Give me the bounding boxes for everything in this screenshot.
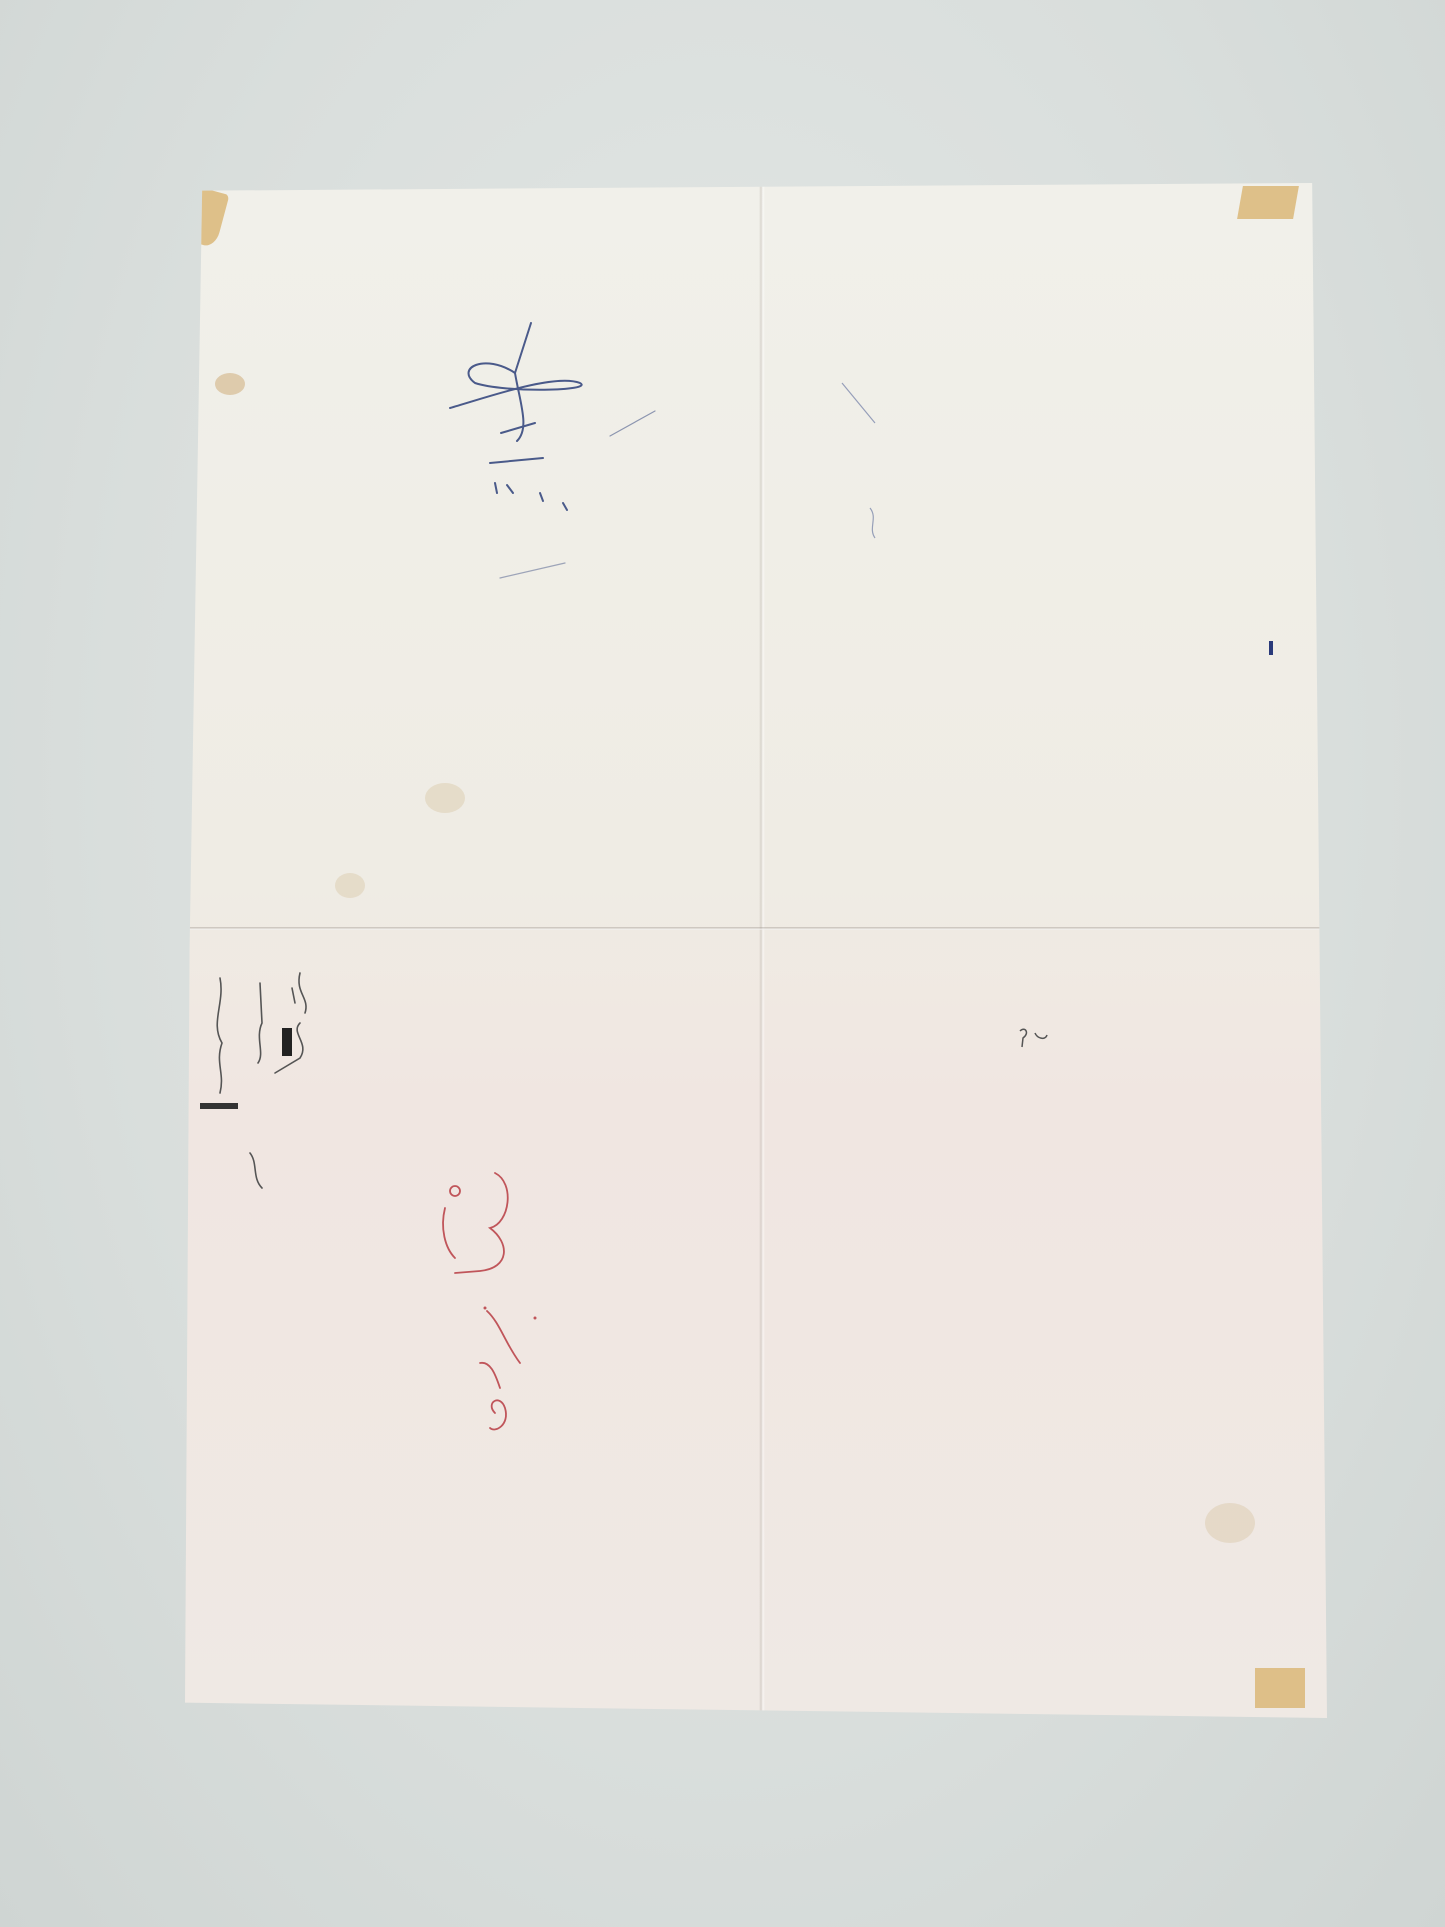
horizontal-fold-line (185, 927, 1327, 930)
stain (425, 783, 465, 813)
red-note-ink: Red ink handwritten word (425, 1163, 545, 1423)
blue-stroke (840, 383, 880, 583)
tape-top-right (1237, 186, 1299, 219)
signature-ink: Blue ink signature with short note and n… (445, 313, 705, 533)
stain (215, 373, 245, 395)
paper-sheet: Blue ink signature with short note and n… (185, 183, 1327, 1718)
blue-dot (1267, 641, 1275, 655)
tape-top-left (177, 185, 230, 248)
tape-bottom-right (1255, 1668, 1305, 1708)
vertical-fold-line (759, 183, 765, 1718)
side-note-ink: Rotated handwritten note in pencil on le… (200, 963, 320, 1203)
stain (335, 873, 365, 898)
stain (1205, 1503, 1255, 1543)
small-note-ink: Small pencil mark on right half (1015, 1023, 1055, 1053)
